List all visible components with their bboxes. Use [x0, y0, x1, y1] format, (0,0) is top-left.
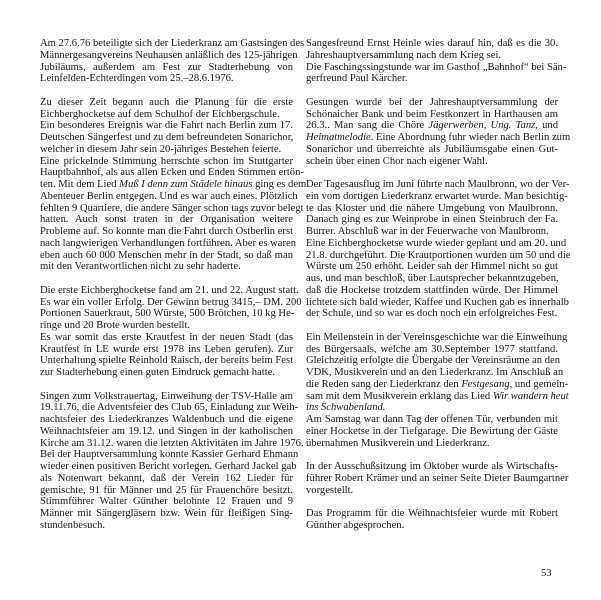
text-line: als Notenwart bekannt, daß der Verein 16… [40, 473, 293, 485]
text-line: Burrer. Abschluß war in der Feuerwache v… [306, 226, 558, 238]
text-line: sam mit dem Musikverein erklang das Lied… [306, 391, 558, 403]
text-line: Jubiläums, außerdem am Fest zur Stadterh… [40, 62, 293, 74]
text-line: Weihnachtsfeier am 19.12. und Singen in … [40, 426, 293, 438]
text-line: In der Ausschußsitzung im Oktober wurde … [306, 461, 558, 473]
text-line: Männer mit Sängergläsern bzw. Wein für f… [40, 508, 293, 520]
text-line: führer Robert Krämer und an seiner Seite… [306, 473, 558, 485]
page-number: 53 [541, 568, 552, 579]
text-line: Eichberghocketse auf dem Schulhof der Ei… [40, 109, 293, 121]
text-line: Danach ging es zur Weinprobe in einen St… [306, 214, 558, 226]
text-line: lichtete sich bald wieder, Kaffee und Ku… [306, 297, 558, 309]
text-line: hatten. Auch sonst traten in der Organis… [40, 214, 293, 226]
text-line: Probleme auf. So konnte man die Fahrt du… [40, 226, 293, 238]
text-line: Eine prickelnde Stimmung herrschte schon… [40, 156, 293, 168]
paragraph: Singen zum Volkstrauertag, Einweihung de… [40, 391, 293, 532]
paragraph: Der Tagesausflug im Juni führte nach Mau… [306, 179, 558, 320]
text-line: gerfreund Paul Kärcher. [306, 73, 558, 85]
text-line: des Bürgersaals, welche am 30.September … [306, 344, 558, 356]
paragraph: Sangesfreund Ernst Heinle wies darauf hi… [306, 38, 558, 85]
text-line: Am 27.6.76 beteiligte sich der Liederkra… [40, 38, 293, 50]
text-line: wieder einen positiven Bericht vorlegen.… [40, 461, 293, 473]
text-line: 19.11.76, die Adventsfeier des Club 65, … [40, 402, 293, 414]
text-line: Hauptbahnhof, als aus allen Ecken und En… [40, 167, 293, 179]
text-line: schein über einen Chor nach eigener Wahl… [306, 156, 558, 168]
text-line: ein vom dortigen Liederkranz erwartet wu… [306, 191, 558, 203]
text-line: aus, und man beschloß, über Lautsprecher… [306, 273, 558, 285]
text-line: nach langwierigen Verhandlungen fortführ… [40, 238, 293, 250]
text-line: Gleichzeitig erfolgte die Übergabe der V… [306, 355, 558, 367]
text-line: Heimatmelodie. Eine Abordnung fuhr wiede… [306, 132, 558, 144]
document-page: Am 27.6.76 beteiligte sich der Liederkra… [0, 0, 601, 600]
text-line: die Reden sang der Liederkranz den Festg… [306, 379, 558, 391]
text-line: Ein besonderes Ereignis war die Fahrt na… [40, 120, 293, 132]
text-line: fehlten 9 Quartiere, die andere Sänger s… [40, 203, 293, 215]
text-line: übernahmen Musikverein und Liederkranz. [306, 438, 558, 450]
paragraph: Am 27.6.76 beteiligte sich der Liederkra… [40, 38, 293, 85]
text-line: 21.8. durchgeführt. Die Krautportionen w… [306, 250, 558, 262]
text-line: Unterhaltung spielte Reinhold Raisch, de… [40, 355, 293, 367]
text-line: Zu dieser Zeit begann auch die Planung f… [40, 97, 293, 109]
text-line: Ein Meilenstein in der Vereinsgeschichte… [306, 332, 558, 344]
text-line: Stimmführer Walter Günther belohnte 12 F… [40, 496, 293, 508]
paragraph: In der Ausschußsitzung im Oktober wurde … [306, 461, 558, 496]
text-line: nachtsfeier des Liederkranzes Waldenbuch… [40, 414, 293, 426]
text-line: Jahreshauptversammlung nach dem Krieg se… [306, 50, 558, 62]
paragraph: Zu dieser Zeit begann auch die Planung f… [40, 97, 293, 273]
text-line: stundenbesuch. [40, 520, 293, 532]
text-line: welcher in diesem Jahr sein 20-jähriges … [40, 144, 293, 156]
paragraph: Gesungen wurde bei der Jahreshauptversam… [306, 97, 558, 168]
text-line: Deutschen Sängerfest und zu dem befreund… [40, 132, 293, 144]
text-line: te das Kloster und die nähere Umgebung v… [306, 203, 558, 215]
paragraph: Ein Meilenstein in der Vereinsgeschichte… [306, 332, 558, 450]
text-line: Es war ein voller Erfolg. Der Gewinn bet… [40, 297, 293, 309]
text-line: Abenteuer Berlin entgegen. Und es war au… [40, 191, 293, 203]
text-line: Sangesfreund Ernst Heinle wies darauf hi… [306, 38, 558, 50]
text-line: Es war somit das erste Krautfest in der … [40, 332, 293, 344]
paragraph: Die erste Eichberghocketse fand am 21. u… [40, 285, 293, 379]
text-line: mit den Verantwortlichen nicht zu sehr h… [40, 261, 293, 273]
text-line: Günther abgesprochen. [306, 520, 558, 532]
text-line: Bei der Hauptversammlung konnte Kassier … [40, 449, 293, 461]
text-line: Würste um 250 erhöht. Leider sah der Him… [306, 261, 558, 273]
left-column: Am 27.6.76 beteiligte sich der Liederkra… [40, 38, 293, 543]
right-column: Sangesfreund Ernst Heinle wies darauf hi… [306, 38, 558, 543]
text-line: 26.3.. Man sang die Chöre Jägerwerben, U… [306, 120, 558, 132]
text-line: eben auch 60 000 Menschen mehr in der St… [40, 250, 293, 262]
text-line: Eine Eichberghocketse wurde wieder gepla… [306, 238, 558, 250]
text-line: Die Faschingssingstunde war im Gasthof „… [306, 62, 558, 74]
text-line: VDK, Musikverein und an den Liederkranz.… [306, 367, 558, 379]
text-line: Gesungen wurde bei der Jahreshauptversam… [306, 97, 558, 109]
text-line: Die erste Eichberghocketse fand am 21. u… [40, 285, 293, 297]
text-line: Krautfest in LE wurde erst 1978 ins Lebe… [40, 344, 293, 356]
text-line: Portionen Sauerkraut, 500 Würste, 500 Br… [40, 308, 293, 320]
text-line: Singen zum Volkstrauertag, Einweihung de… [40, 391, 293, 403]
text-line: ringe und 20 Brote wurden bestellt. [40, 320, 293, 332]
text-line: Leinfelden-Echterdingen vom 25.–28.6.197… [40, 73, 293, 85]
text-line: ins Schwabenland. [306, 402, 558, 414]
text-line: der Schule, und so war es doch noch ein … [306, 308, 558, 320]
text-line: Das Programm für die Weihnachtsfeier wur… [306, 508, 558, 520]
text-line: ten. Mit dem Lied Muß I denn zum Städele… [40, 179, 293, 191]
text-line: Kirche am 31.12. waren die letzten Aktiv… [40, 438, 293, 450]
text-line: einer Hocketse in der Tiefgarage. Die Be… [306, 426, 558, 438]
text-line: Der Tagesausflug im Juni führte nach Mau… [306, 179, 558, 191]
paragraph: Das Programm für die Weihnachtsfeier wur… [306, 508, 558, 532]
text-line: Männergesangvereins Neuhausen anläßlich … [40, 50, 293, 62]
text-line: zur Stadterhebung einen guten Eindruck g… [40, 367, 293, 379]
text-line: daß die Hocketse trotzdem stattfinden wü… [306, 285, 558, 297]
text-line: Am Samstag war dann Tag der offenen Tür,… [306, 414, 558, 426]
text-line: gemischte, 91 für Männer und 25 für Frau… [40, 485, 293, 497]
text-line: Schönaicher Bank und beim Festkonzert in… [306, 109, 558, 121]
text-line: Sonarichor und überreichte als Jubiläums… [306, 144, 558, 156]
text-line: vorgestellt. [306, 485, 558, 497]
